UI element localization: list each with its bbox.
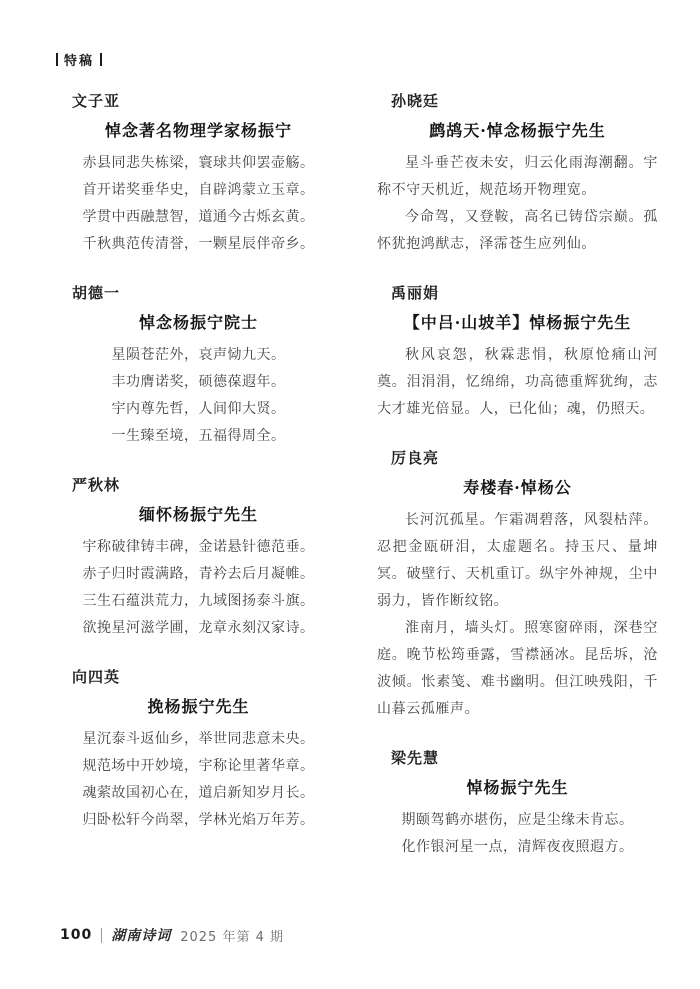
journal-name: 湖南诗词 <box>111 925 171 945</box>
poem-title: 寿楼春·悼杨公 <box>377 478 658 498</box>
poem-line: 化作银河星一点，清辉夜夜照遐方。 <box>402 834 634 861</box>
poem-paragraph: 淮南月，墙头灯。照寒窗碎雨，深巷空庭。晚节松筠垂露，雪襟涵冰。昆岳坼，沧波倾。怅… <box>377 615 658 723</box>
poem-line: 学贯中西融慧智，道通今古烁玄黄。 <box>83 204 315 231</box>
poem-line: 千秋典范传清誉，一颗星辰伴帝乡。 <box>83 231 315 258</box>
poem-line: 赤县同悲失栋梁，寰球共仰罢壶觞。 <box>83 150 315 177</box>
poem-author: 胡德一 <box>72 284 339 302</box>
poem-line: 宇称破律铸丰碑，金诺悬针德范垂。 <box>83 534 315 561</box>
poem-line: 宇内尊先哲，人间仰大贤。 <box>112 396 286 423</box>
poem-paragraph: 星斗垂芒夜未安，归云化雨海潮翻。宇称不守天机近，规范场开物理宽。 <box>377 150 658 204</box>
section-tag-left-bar-icon <box>56 53 58 66</box>
poem-paragraph: 长河沉孤星。乍霜凋碧落，风裂枯萍。忍把金瓯研泪，太虚题名。持玉尺、量坤冥。破壁行… <box>377 507 658 615</box>
poem-line: 星陨苍茫外，哀声恸九天。 <box>112 342 286 369</box>
poem-block-hudeyi: 胡德一 悼念杨振宁院士 星陨苍茫外，哀声恸九天。 丰功膺诺奖，硕德葆遐年。 宇内… <box>58 284 339 450</box>
section-tag-right-bar-icon <box>100 53 102 66</box>
poem-columns: 文子亚 悼念著名物理学家杨振宁 赤县同悲失栋梁，寰球共仰罢壶觞。 首开诺奖垂华史… <box>58 84 660 861</box>
poem-author: 孙晓廷 <box>391 92 658 110</box>
left-column: 文子亚 悼念著名物理学家杨振宁 赤县同悲失栋梁，寰球共仰罢壶觞。 首开诺奖垂华史… <box>58 84 339 861</box>
section-tag: 特稿 <box>56 50 102 69</box>
poem-line: 期颐驾鹤亦堪伤，应是尘缘未肯忘。 <box>402 807 634 834</box>
poem-title: 挽杨振宁先生 <box>58 697 339 717</box>
poem-line: 归卧松轩今尚翠，学林光焰万年芳。 <box>83 807 315 834</box>
poem-block-liangxianhui: 梁先慧 悼杨振宁先生 期颐驾鹤亦堪伤，应是尘缘未肯忘。 化作银河星一点，清辉夜夜… <box>377 749 658 861</box>
poem-author: 文子亚 <box>72 92 339 110</box>
poem-verse: 星沉泰斗返仙乡，举世同悲意未央。 规范场中开妙境，宇称论里著华章。 魂萦故国初心… <box>83 726 315 834</box>
poem-block-yulijuan: 禹丽娟 【中吕·山坡羊】悼杨振宁先生 秋风哀怨，秋霖悲悁，秋原怆痛山河奠。泪涓涓… <box>377 284 658 423</box>
poem-title: 缅怀杨振宁先生 <box>58 505 339 525</box>
poem-author: 厉良亮 <box>391 449 658 467</box>
poem-verse: 星陨苍茫外，哀声恸九天。 丰功膺诺奖，硕德葆遐年。 宇内尊先哲，人间仰大贤。 一… <box>112 342 286 450</box>
poem-author: 向四英 <box>72 668 339 686</box>
poem-line: 魂萦故国初心在，道启新知岁月长。 <box>83 780 315 807</box>
footer-divider <box>101 928 102 943</box>
poem-block-sunxiaoting: 孙晓廷 鹧鸪天·悼念杨振宁先生 星斗垂芒夜未安，归云化雨海潮翻。宇称不守天机近，… <box>377 92 658 258</box>
poem-line: 规范场中开妙境，宇称论里著华章。 <box>83 753 315 780</box>
poem-verse: 赤县同悲失栋梁，寰球共仰罢壶觞。 首开诺奖垂华史，自辟鸿蒙立玉章。 学贯中西融慧… <box>83 150 315 258</box>
poem-line: 丰功膺诺奖，硕德葆遐年。 <box>112 369 286 396</box>
poem-verse: 期颐驾鹤亦堪伤，应是尘缘未肯忘。 化作银河星一点，清辉夜夜照遐方。 <box>402 807 634 861</box>
page-footer: 100 湖南诗词 2025 年第 4 期 <box>60 925 284 945</box>
poem-title: 悼念著名物理学家杨振宁 <box>58 121 339 141</box>
section-tag-label: 特稿 <box>64 50 94 69</box>
poem-block-wenziya: 文子亚 悼念著名物理学家杨振宁 赤县同悲失栋梁，寰球共仰罢壶觞。 首开诺奖垂华史… <box>58 92 339 258</box>
poem-line: 首开诺奖垂华史，自辟鸿蒙立玉章。 <box>83 177 315 204</box>
poem-verse: 宇称破律铸丰碑，金诺悬针德范垂。 赤子归时霞满路，青衿去后月凝帷。 三生石蕴洪荒… <box>83 534 315 642</box>
poem-line: 赤子归时霞满路，青衿去后月凝帷。 <box>83 561 315 588</box>
journal-page: 特稿 文子亚 悼念著名物理学家杨振宁 赤县同悲失栋梁，寰球共仰罢壶觞。 首开诺奖… <box>0 0 700 989</box>
poem-title: 悼杨振宁先生 <box>377 778 658 798</box>
issue-label: 2025 年第 4 期 <box>180 926 284 945</box>
poem-paragraph: 今命驾，又登鞍，高名已铸岱宗巅。孤怀犹抱鸿猷志，泽霈苍生应列仙。 <box>377 204 658 258</box>
poem-author: 梁先慧 <box>391 749 658 767</box>
poem-title: 悼念杨振宁院士 <box>58 313 339 333</box>
poem-title: 【中吕·山坡羊】悼杨振宁先生 <box>377 313 658 333</box>
poem-author: 严秋林 <box>72 476 339 494</box>
poem-title: 鹧鸪天·悼念杨振宁先生 <box>377 121 658 141</box>
poem-author: 禹丽娟 <box>391 284 658 302</box>
right-column: 孙晓廷 鹧鸪天·悼念杨振宁先生 星斗垂芒夜未安，归云化雨海潮翻。宇称不守天机近，… <box>377 84 658 861</box>
poem-block-xiangsiying: 向四英 挽杨振宁先生 星沉泰斗返仙乡，举世同悲意未央。 规范场中开妙境，宇称论里… <box>58 668 339 834</box>
poem-block-yanqiulin: 严秋林 缅怀杨振宁先生 宇称破律铸丰碑，金诺悬针德范垂。 赤子归时霞满路，青衿去… <box>58 476 339 642</box>
poem-line: 欲挽星河滋学圃，龙章永刻汉家诗。 <box>83 615 315 642</box>
poem-line: 星沉泰斗返仙乡，举世同悲意未央。 <box>83 726 315 753</box>
page-number: 100 <box>60 927 92 943</box>
poem-paragraph: 秋风哀怨，秋霖悲悁，秋原怆痛山河奠。泪涓涓，忆绵绵，功高德重辉犹绚，志大才雄光倍… <box>377 342 658 423</box>
poem-block-liliangliang: 厉良亮 寿楼春·悼杨公 长河沉孤星。乍霜凋碧落，风裂枯萍。忍把金瓯研泪，太虚题名… <box>377 449 658 723</box>
poem-line: 三生石蕴洪荒力，九域图扬泰斗旗。 <box>83 588 315 615</box>
poem-line: 一生臻至境，五福得周全。 <box>112 423 286 450</box>
